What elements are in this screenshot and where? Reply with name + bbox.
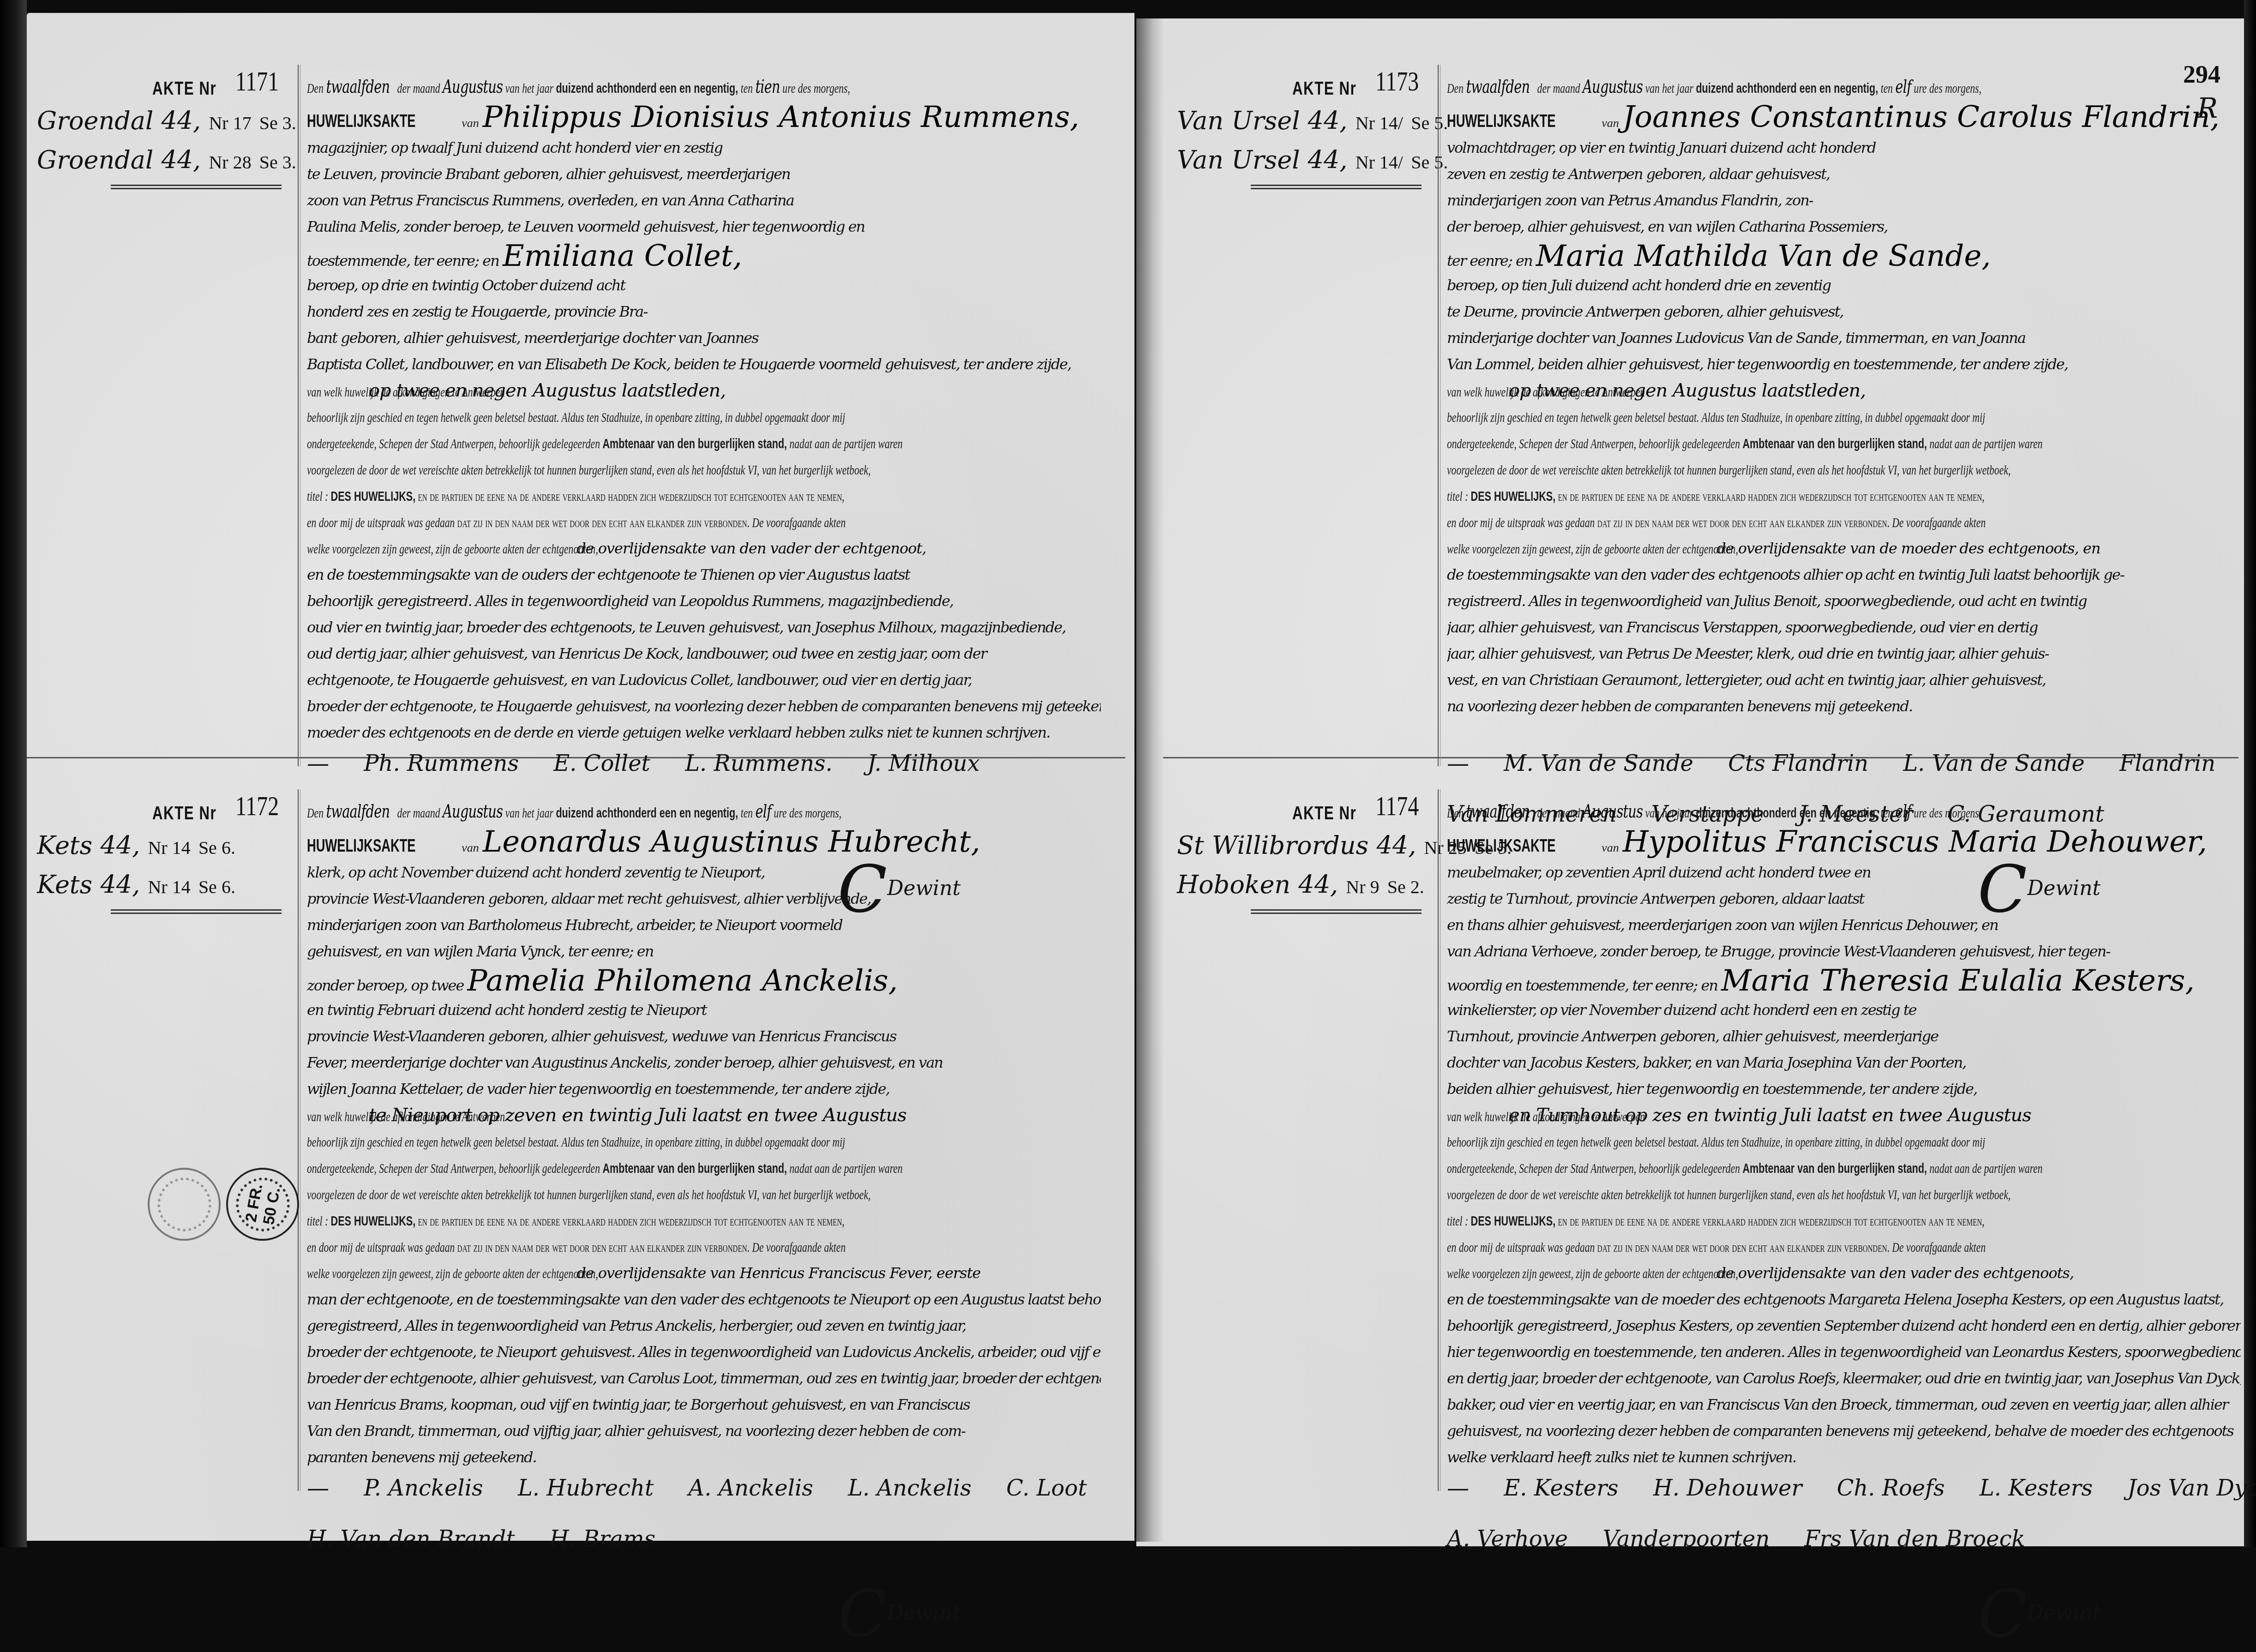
akten-line: welke voorgelezen zijn geweest, zijn de … xyxy=(1447,1260,2241,1286)
margin-line xyxy=(298,65,300,766)
printed-line: en door mij de uitspraak was gedaan dat … xyxy=(307,510,846,535)
margin-reference: Van Ursel 44, Nr 14/ Se 5. xyxy=(1177,106,1448,135)
huwelijksakte-heading: HUWELIJKSAKTE xyxy=(307,104,416,135)
bride-line: woordig en toestemmende, ter eenre; en M… xyxy=(1447,965,2241,997)
proclamation-line: van welk huwelijk de afkondigingen te An… xyxy=(307,1102,1101,1129)
margin-reference: Van Ursel 44, Nr 14/ Se 5. xyxy=(1177,145,1448,174)
handwritten-line: en dertig jaar, broeder der echtgenoote,… xyxy=(1447,1365,2241,1392)
proclamation-line: van welk huwelijk de afkondigingen te An… xyxy=(1447,378,2241,404)
handwritten-line: welke verklaard heeft zulks niet te kunn… xyxy=(1447,1444,2241,1471)
handwritten-line: vest, en van Christiaan Geraumont, lette… xyxy=(1447,667,2241,693)
margin-place: Groendal 44, xyxy=(37,106,201,135)
printed-line: en door mij de uitspraak was gedaan dat … xyxy=(1447,510,1986,535)
margin-line xyxy=(298,789,300,1491)
margin-number: Nr 14 xyxy=(148,877,190,897)
akten-line: welke voorgelezen zijn geweest, zijn de … xyxy=(1447,535,2241,562)
margin-section: Se 5. xyxy=(1411,152,1448,173)
bride-name: Pamelia Philomena Anckelis, xyxy=(468,965,898,997)
huwelijksakte-heading: HUWELIJKSAKTE xyxy=(1447,104,1556,135)
handwritten-line: provincie West-Vlaanderen geboren, aldaa… xyxy=(307,886,1101,912)
margin-section: Se 3. xyxy=(259,113,296,133)
handwritten-line: bakker, oud vier en veertig jaar, en van… xyxy=(1447,1392,2241,1418)
margin-section: Se 6. xyxy=(198,877,235,897)
printed-line: behoorlijk zijn geschied en tegen hetwel… xyxy=(1447,1129,1985,1155)
handwritten-line: de toestemmingsakte van den vader des ec… xyxy=(1447,562,2241,588)
handwritten-line: echtgenoote, te Hougaerde gehuisvest, en… xyxy=(307,667,1101,693)
margin-number: Nr 17 xyxy=(209,113,251,133)
akte-label: AKTE Nr xyxy=(1292,78,1356,99)
handwritten-line: en twintig Februari duizend acht honderd… xyxy=(307,997,1101,1023)
printed-line: behoorlijk zijn geschied en tegen hetwel… xyxy=(307,1129,845,1155)
handwritten-line: der beroep, alhier gehuisvest, en van wi… xyxy=(1447,214,2241,240)
margin-number: Nr 9 xyxy=(1346,877,1379,897)
printed-line: ondergeteekende, Schepen der Stad Antwer… xyxy=(1447,1155,2043,1181)
hour: elf xyxy=(755,801,771,822)
bride-name: Maria Theresia Eulalia Kesters, xyxy=(1721,965,2195,997)
handwritten-line: winkelierster, op vier November duizend … xyxy=(1447,997,2241,1023)
month: Augustus xyxy=(1583,76,1643,97)
act-date-line: Den twaalfden der maand Augustus van het… xyxy=(1447,74,2241,100)
handwritten-line: zestig te Turnhout, provincie Antwerpen … xyxy=(1447,886,2241,912)
margin-reference: Kets 44, Nr 14 Se 6. xyxy=(37,870,235,899)
akte-number: 1174 xyxy=(1375,790,1419,822)
bride-name: Maria Mathilda Van de Sande, xyxy=(1536,240,1991,272)
handwritten-line: na voorlezing dezer hebben de comparante… xyxy=(1447,693,2241,720)
handwritten-line: jaar, alhier gehuisvest, van Franciscus … xyxy=(1447,614,2241,641)
signatures-row: H. Van den Brandt H. Brams xyxy=(307,1526,1101,1547)
akte-label: AKTE Nr xyxy=(152,803,216,824)
margin-number: Nr 14/ xyxy=(1356,152,1403,173)
signatures-row: — P. Anckelis L. Hubrecht A. Anckelis L.… xyxy=(307,1475,1101,1526)
printed-line: behoorlijk zijn geschied en tegen hetwel… xyxy=(307,404,845,430)
groom-line: HUWELIJKSAKTE van Hypolitus Franciscus M… xyxy=(1447,825,2241,859)
handwritten-line: zeven en zestig te Antwerpen geboren, al… xyxy=(1447,161,2241,187)
handwritten-line: behoorlijk geregistreerd, Josephus Keste… xyxy=(1447,1313,2241,1339)
handwritten-line: Van den Brandt, timmerman, oud vijftig j… xyxy=(307,1418,1101,1444)
margin-reference: Groendal 44, Nr 28 Se 3. xyxy=(37,145,296,174)
handwritten-line: wijlen Joanna Kettelaer, de vader hier t… xyxy=(307,1076,1101,1102)
marriage-act: AKTE Nr 1171 Groendal 44, Nr 17 Se 3. Gr… xyxy=(28,46,1103,775)
act-body: Den twaalfden der maand Augustus van het… xyxy=(307,74,1101,852)
month: Augustus xyxy=(1583,801,1643,822)
margin-place: Groendal 44, xyxy=(37,145,201,174)
act-date-line: Den twaalfden der maand Augustus van het… xyxy=(307,799,1101,825)
handwritten-line xyxy=(1447,720,2241,746)
margin-number: Nr 14 xyxy=(148,837,190,858)
marriage-act: AKTE Nr 1172 Kets 44, Nr 14 Se 6. Kets 4… xyxy=(28,771,1103,1500)
handwritten-line: paranten benevens mij geteekend. xyxy=(307,1444,1101,1471)
handwritten-line: bant geboren, alhier gehuisvest, meerder… xyxy=(307,325,1101,351)
signature: H. Van den Brandt xyxy=(307,1526,515,1547)
handwritten-line: minderjarigen zoon van Petrus Amandus Fl… xyxy=(1447,187,2241,214)
handwritten-line: jaar, alhier gehuisvest, van Petrus De M… xyxy=(1447,641,2241,667)
handwritten-line: oud vier en twintig jaar, broeder des ec… xyxy=(307,614,1101,641)
margin-reference: Hoboken 44, Nr 9 Se 2. xyxy=(1177,870,1424,899)
margin-section: Se 3. xyxy=(259,152,296,173)
day: twaalfden xyxy=(326,801,390,822)
margin-place: Van Ursel 44, xyxy=(1177,106,1347,135)
act-margin: AKTE Nr 1173 Van Ursel 44, Nr 14/ Se 5. … xyxy=(1168,46,1426,775)
margin-line xyxy=(1438,789,1440,1491)
handwritten-line: beroep, op tien Juli duizend acht honder… xyxy=(1447,272,2241,299)
book-edge-right xyxy=(2244,0,2256,1547)
register-spread: 294 R AKTE Nr 1171 Groendal 44, Nr 17 Se… xyxy=(0,0,2256,1547)
act-margin: AKTE Nr 1171 Groendal 44, Nr 17 Se 3. Gr… xyxy=(28,46,286,775)
groom-name: Joannes Constantinus Carolus Flandrin, xyxy=(1623,100,2220,134)
signature: E. Kesters xyxy=(1504,1475,1618,1501)
act-date-line: Den twaalfden der maand Augustus van het… xyxy=(307,74,1101,100)
hour: tien xyxy=(755,76,780,97)
book-edge-left xyxy=(0,0,27,1547)
akte-number: 1173 xyxy=(1375,66,1419,97)
handwritten-line: provincie West-Vlaanderen geboren, alhie… xyxy=(307,1023,1101,1050)
signature: L. Hubrecht xyxy=(518,1475,654,1501)
printed-line: ondergeteekende, Schepen der Stad Antwer… xyxy=(307,431,903,457)
bride-name: Emiliana Collet, xyxy=(503,240,742,272)
signature: Frs Van den Broeck xyxy=(1805,1526,2025,1547)
groom-name: Philippus Dionisius Antonius Rummens, xyxy=(483,100,1080,134)
margin-section: Se 6. xyxy=(198,837,235,858)
act-margin: AKTE Nr 1172 Kets 44, Nr 14 Se 6. Kets 4… xyxy=(28,771,286,1500)
marriage-act: AKTE Nr 1173 Van Ursel 44, Nr 14/ Se 5. … xyxy=(1168,46,2243,775)
printed-line: behoorlijk zijn geschied en tegen hetwel… xyxy=(1447,404,1985,430)
akte-label: AKTE Nr xyxy=(1292,803,1356,824)
signature: P. Anckelis xyxy=(364,1475,483,1501)
akte-number: 1172 xyxy=(235,790,279,822)
month: Augustus xyxy=(443,801,503,822)
handwritten-line: gehuisvest, na voorlezing dezer hebben d… xyxy=(1447,1418,2241,1444)
signature: L. Kesters xyxy=(1980,1475,2093,1501)
groom-line: HUWELIJKSAKTE van Leonardus Augustinus H… xyxy=(307,825,1101,859)
act-body: Den twaalfden der maand Augustus van het… xyxy=(307,799,1101,1547)
margin-place: Van Ursel 44, xyxy=(1177,145,1347,174)
bride-line: zonder beroep, op twee Pamelia Philomena… xyxy=(307,965,1101,997)
hour: elf xyxy=(1895,801,1911,822)
printed-line: voorgelezen de door de wet vereischte ak… xyxy=(1447,457,2010,483)
handwritten-line: broeder der echtgenoote, te Nieuport geh… xyxy=(307,1339,1101,1365)
printed-line: voorgelezen de door de wet vereischte ak… xyxy=(1447,1182,2010,1207)
printed-line: en door mij de uitspraak was gedaan dat … xyxy=(1447,1234,1986,1260)
margin-section: Se 2. xyxy=(1387,877,1424,897)
signature: L. Anckelis xyxy=(848,1475,972,1501)
handwritten-line: beiden alhier gehuisvest, hier tegenwoor… xyxy=(1447,1076,2241,1102)
signature: C. Loot xyxy=(1006,1475,1087,1501)
groom-line: HUWELIJKSAKTE van Philippus Dionisius An… xyxy=(307,100,1101,135)
handwritten-line: Paulina Melis, zonder beroep, te Leuven … xyxy=(307,214,1101,240)
margin-place: St Willibrordus 44, xyxy=(1177,831,1416,860)
margin-section: Se 5. xyxy=(1411,113,1448,133)
handwritten-line: en thans alhier gehuisvest, meerderjarig… xyxy=(1447,912,2241,938)
handwritten-line: te Leuven, provincie Brabant geboren, al… xyxy=(307,161,1101,187)
printed-line: voorgelezen de door de wet vereischte ak… xyxy=(307,457,870,483)
handwritten-line: van Henricus Brams, koopman, oud vijf en… xyxy=(307,1392,1101,1418)
margin-reference: Kets 44, Nr 14 Se 6. xyxy=(37,831,235,860)
handwritten-line: broeder der echtgenoote, te Hougaerde ge… xyxy=(307,693,1101,720)
handwritten-line: beroep, op drie en twintig October duize… xyxy=(307,272,1101,299)
signature: Vanderpoorten xyxy=(1602,1526,1770,1547)
margin-number: Nr 28 xyxy=(209,152,251,173)
day: twaalfden xyxy=(326,76,390,97)
act-body: Den twaalfden der maand Augustus van het… xyxy=(1447,799,2241,1547)
margin-rule xyxy=(111,909,282,914)
handwritten-line: en de toestemmingsakte van de ouders der… xyxy=(307,562,1101,588)
huwelijksakte-heading: HUWELIJKSAKTE xyxy=(307,829,416,859)
handwritten-line: dochter van Jacobus Kesters, bakker, en … xyxy=(1447,1050,2241,1076)
signature: Jos Van Dyck xyxy=(2127,1475,2256,1501)
book-spine xyxy=(1136,18,1164,1542)
month: Augustus xyxy=(443,76,503,97)
margin-place: Kets 44, xyxy=(37,831,140,860)
handwritten-line: minderjarige dochter van Joannes Ludovic… xyxy=(1447,325,2241,351)
printed-line: titel : DES HUWELIJKS, en de partijen de… xyxy=(1447,483,1985,509)
margin-rule xyxy=(1251,185,1422,189)
handwritten-line: Baptista Collet, landbouwer, en van Elis… xyxy=(307,351,1101,378)
handwritten-line: van Adriana Verhoeve, zonder beroep, te … xyxy=(1447,938,2241,965)
printed-line: titel : DES HUWELIJKS, en de partijen de… xyxy=(307,483,845,509)
margin-number: Nr 14/ xyxy=(1356,113,1403,133)
handwritten-line: man der echtgenoote, en de toestemmingsa… xyxy=(307,1286,1101,1313)
handwritten-line: broeder der echtgenoote, alhier gehuisve… xyxy=(307,1365,1101,1392)
margin-reference: Groendal 44, Nr 17 Se 3. xyxy=(37,106,296,135)
act-margin: AKTE Nr 1174 St Willibrordus 44, Nr 25 S… xyxy=(1168,771,1426,1500)
act-body: Den twaalfden der maand Augustus van het… xyxy=(1447,74,2241,852)
tax-stamp xyxy=(148,1168,221,1241)
bride-line: ter eenre; en Maria Mathilda Van de Sand… xyxy=(1447,240,2241,272)
margin-place: Kets 44, xyxy=(37,870,140,899)
handwritten-line: hier tegenwoordig en toestemmende, ten a… xyxy=(1447,1339,2241,1365)
handwritten-line: klerk, op acht November duizend acht hon… xyxy=(307,859,1101,886)
day: twaalfden xyxy=(1466,801,1530,822)
signature: H. Brams xyxy=(550,1526,655,1547)
handwritten-line: zoon van Petrus Franciscus Rummens, over… xyxy=(307,187,1101,214)
handwritten-line: Van Lommel, beiden alhier gehuisvest, hi… xyxy=(1447,351,2241,378)
handwritten-line: geregistreerd, Alles in tegenwoordigheid… xyxy=(307,1313,1101,1339)
margin-rule xyxy=(111,185,282,189)
signature: A. Verhove xyxy=(1447,1526,1568,1547)
groom-line: HUWELIJKSAKTE van Joannes Constantinus C… xyxy=(1447,100,2241,135)
day: twaalfden xyxy=(1466,76,1530,97)
tax-stamp: 2 FR. 50 C. xyxy=(226,1168,299,1241)
groom-name: Hypolitus Franciscus Maria Dehouwer, xyxy=(1623,825,2207,859)
groom-name: Leonardus Augustinus Hubrecht, xyxy=(483,825,980,859)
handwritten-line: minderjarigen zoon van Bartholomeus Hubr… xyxy=(307,912,1101,938)
printed-line: titel : DES HUWELIJKS, en de partijen de… xyxy=(1447,1208,1985,1234)
handwritten-line: oud dertig jaar, alhier gehuisvest, van … xyxy=(307,641,1101,667)
proclamation-line: van welk huwelijk de afkondigingen te An… xyxy=(1447,1102,2241,1129)
bride-line: toestemmende, ter eenre; en Emiliana Col… xyxy=(307,240,1101,272)
handwritten-line: volmachtdrager, op vier en twintig Janua… xyxy=(1447,135,2241,161)
signature: A. Anckelis xyxy=(689,1475,813,1501)
marriage-act: AKTE Nr 1174 St Willibrordus 44, Nr 25 S… xyxy=(1168,771,2243,1500)
huwelijksakte-heading: HUWELIJKSAKTE xyxy=(1447,829,1556,859)
printed-line: voorgelezen de door de wet vereischte ak… xyxy=(307,1182,870,1207)
printed-line: ondergeteekende, Schepen der Stad Antwer… xyxy=(307,1155,903,1181)
signature: H. Dehouwer xyxy=(1653,1475,1802,1501)
handwritten-line: Turnhout, provincie Antwerpen geboren, a… xyxy=(1447,1023,2241,1050)
margin-rule xyxy=(1251,909,1422,914)
akten-line: welke voorgelezen zijn geweest, zijn de … xyxy=(307,535,1101,562)
hour: elf xyxy=(1895,76,1911,97)
margin-line xyxy=(1438,65,1440,766)
handwritten-line: magazijnier, op twaalf Juni duizend acht… xyxy=(307,135,1101,161)
margin-place: Hoboken 44, xyxy=(1177,870,1338,899)
handwritten-line: behoorlijk geregistreerd. Alles in tegen… xyxy=(307,588,1101,614)
akte-number: 1171 xyxy=(235,66,279,97)
signatures-row: — E. Kesters H. Dehouwer Ch. Roefs L. Ke… xyxy=(1447,1475,2241,1526)
proclamation-line: van welk huwelijk de afkondigingen te An… xyxy=(307,378,1101,404)
handwritten-line: meubelmaker, op zeventien April duizend … xyxy=(1447,859,2241,886)
akte-label: AKTE Nr xyxy=(152,78,216,99)
printed-line: ondergeteekende, Schepen der Stad Antwer… xyxy=(1447,431,2043,457)
akten-line: welke voorgelezen zijn geweest, zijn de … xyxy=(307,1260,1101,1286)
handwritten-line: honderd zes en zestig te Hougaerde, prov… xyxy=(307,299,1101,325)
handwritten-line: gehuisvest, en van wijlen Maria Vynck, t… xyxy=(307,938,1101,965)
printed-line: en door mij de uitspraak was gedaan dat … xyxy=(307,1234,846,1260)
handwritten-line: en de toestemmingsakte van de moeder des… xyxy=(1447,1286,2241,1313)
handwritten-line: registreerd. Alles in tegenwoordigheid v… xyxy=(1447,588,2241,614)
signature: Ch. Roefs xyxy=(1837,1475,1945,1501)
handwritten-line: te Deurne, provincie Antwerpen geboren, … xyxy=(1447,299,2241,325)
handwritten-line: moeder des echtgenoots en de derde en vi… xyxy=(307,720,1101,746)
handwritten-line: Fever, meerderjarige dochter van Augusti… xyxy=(307,1050,1101,1076)
act-date-line: Den twaalfden der maand Augustus van het… xyxy=(1447,799,2241,825)
printed-line: titel : DES HUWELIJKS, en de partijen de… xyxy=(307,1208,845,1234)
signatures-row: A. Verhove Vanderpoorten Frs Van den Bro… xyxy=(1447,1526,2241,1547)
